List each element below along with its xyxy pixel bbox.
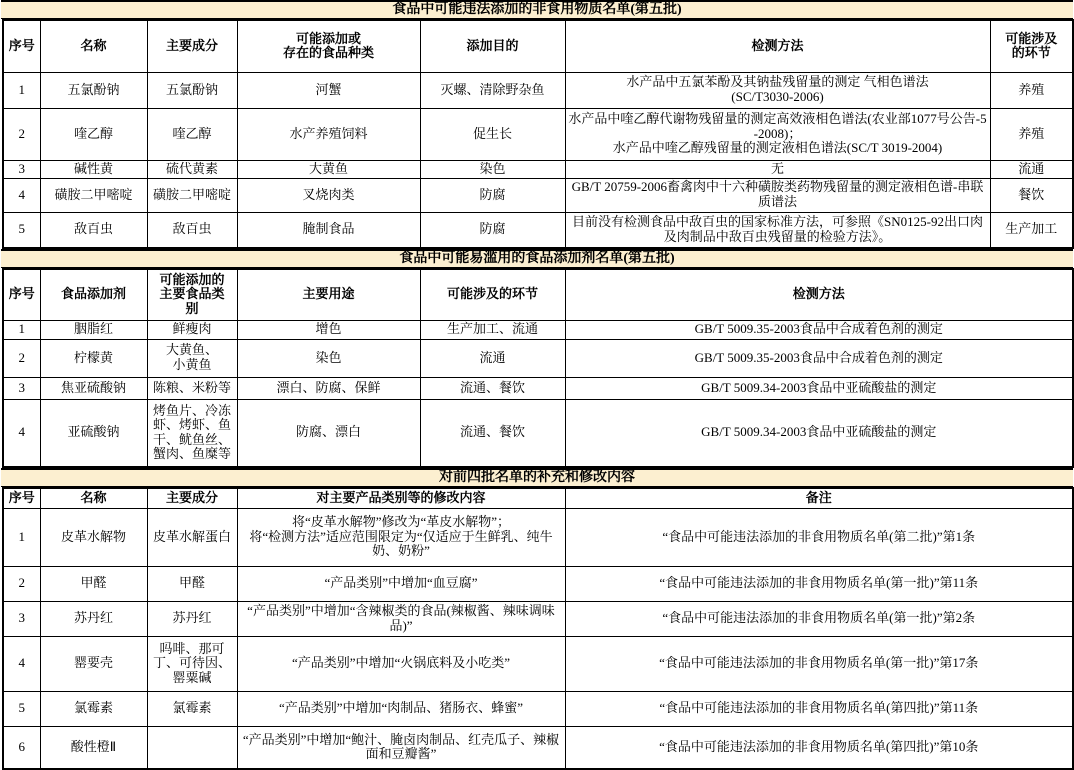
table-cell: “食品中可能违法添加的非食用物质名单(第四批)”第10条: [565, 726, 1073, 769]
table-cell: GB/T 5009.34-2003食品中亚硫酸盐的测定: [565, 399, 1073, 467]
table-cell: 陈粮、米粉等: [147, 377, 237, 399]
table-cell: 6: [3, 726, 40, 769]
table-cell: 3: [3, 601, 40, 636]
table-cell: 流通、餐饮: [420, 399, 565, 467]
column-header: 对主要产品类别等的修改内容: [237, 488, 565, 508]
table-cell: 胭脂红: [40, 320, 147, 339]
table-cell: 柠檬黄: [40, 339, 147, 377]
header-row: 序号名称主要成分对主要产品类别等的修改内容备注: [3, 488, 1073, 508]
column-header: 检测方法: [565, 20, 990, 72]
table-cell: 鲜瘦肉: [147, 320, 237, 339]
table-cell: 水产养殖饲料: [237, 108, 420, 160]
table-cell: “食品中可能违法添加的非食用物质名单(第二批)”第1条: [565, 508, 1073, 566]
table-row: 2柠檬黄大黄鱼、 小黄鱼染色流通GB/T 5009.35-2003食品中合成着色…: [3, 339, 1073, 377]
table-cell: 灭螺、清除野杂鱼: [420, 72, 565, 108]
table-cell: 2: [3, 108, 40, 160]
header-row: 序号名称主要成分可能添加或 存在的食品种类添加目的检测方法可能涉及 的环节: [3, 20, 1073, 72]
table-cell: 1: [3, 508, 40, 566]
column-header: 序号: [3, 488, 40, 508]
table-row: 3苏丹红苏丹红“产品类别”中增加“含辣椒类的食品(辣椒酱、辣味调味品)”“食品中…: [3, 601, 1073, 636]
table-cell: 生产加工、流通: [420, 320, 565, 339]
table-cell: GB/T 5009.35-2003食品中合成着色剂的测定: [565, 320, 1073, 339]
column-header: 可能添加的 主要食品类 别: [147, 269, 237, 320]
column-header: 可能涉及的环节: [420, 269, 565, 320]
table-cell: GB/T 5009.35-2003食品中合成着色剂的测定: [565, 339, 1073, 377]
table-cell: 甲醛: [147, 566, 237, 601]
table-cell: 染色: [420, 160, 565, 178]
table-cell: 大黄鱼、 小黄鱼: [147, 339, 237, 377]
table-row: 5氯霉素氯霉素“产品类别”中增加“肉制品、猪肠衣、蜂蜜”“食品中可能违法添加的非…: [3, 691, 1073, 726]
table-cell: [147, 726, 237, 769]
table-cell: 吗啡、那可丁、可待因、罂粟碱: [147, 636, 237, 691]
table-cell: 生产加工: [990, 212, 1073, 248]
table-cell: 亚硫酸钠: [40, 399, 147, 467]
table-cell: 4: [3, 399, 40, 467]
table-row: 5敌百虫敌百虫腌制食品防腐目前没有检测食品中敌百虫的国家标准方法，可参照《SN0…: [3, 212, 1073, 248]
table-cell: 喹乙醇: [147, 108, 237, 160]
column-header: 主要用途: [237, 269, 420, 320]
column-header: 主要成分: [147, 20, 237, 72]
table-cell: 磺胺二甲嘧啶: [147, 178, 237, 212]
table-cell: 流通、餐饮: [420, 377, 565, 399]
table-row: 3碱性黄硫代黄素大黄鱼染色无流通: [3, 160, 1073, 178]
table-cell: 大黄鱼: [237, 160, 420, 178]
column-header: 添加目的: [420, 20, 565, 72]
table-cell: 流通: [420, 339, 565, 377]
table-cell: 河蟹: [237, 72, 420, 108]
table-cell: 无: [565, 160, 990, 178]
table-cell: 3: [3, 160, 40, 178]
table-cell: 甲醛: [40, 566, 147, 601]
table-cell: “食品中可能违法添加的非食用物质名单(第一批)”第2条: [565, 601, 1073, 636]
table-cell: “产品类别”中增加“鲍汁、腌卤肉制品、红壳瓜子、辣椒面和豆瓣酱”: [237, 726, 565, 769]
table-cell: 敌百虫: [40, 212, 147, 248]
table-cell: 养殖: [990, 108, 1073, 160]
table-cell: 罂要壳: [40, 636, 147, 691]
table-cell: 氯霉素: [40, 691, 147, 726]
table-row: 4罂要壳吗啡、那可丁、可待因、罂粟碱“产品类别”中增加“火锅底料及小吃类”“食品…: [3, 636, 1073, 691]
table-cell: 苏丹红: [40, 601, 147, 636]
table-row: 1皮革水解物皮革水解蛋白将“皮革水解物”修改为“革皮水解物”； 将“检测方法”适…: [3, 508, 1073, 566]
table-cell: 敌百虫: [147, 212, 237, 248]
table-cell: 5: [3, 691, 40, 726]
table-cell: 苏丹红: [147, 601, 237, 636]
table-cell: 叉烧肉类: [237, 178, 420, 212]
abused-additives-table: 序号食品添加剂可能添加的 主要食品类 别主要用途可能涉及的环节检测方法1胭脂红鲜…: [2, 268, 1074, 468]
column-header: 检测方法: [565, 269, 1073, 320]
table-cell: 目前没有检测食品中敌百虫的国家标准方法，可参照《SN0125-92出口肉及肉制品…: [565, 212, 990, 248]
table-cell: 4: [3, 636, 40, 691]
column-header: 食品添加剂: [40, 269, 147, 320]
table-cell: 漂白、防腐、保鲜: [237, 377, 420, 399]
table-cell: “产品类别”中增加“火锅底料及小吃类”: [237, 636, 565, 691]
table-cell: “食品中可能违法添加的非食用物质名单(第一批)”第17条: [565, 636, 1073, 691]
table-cell: 1: [3, 72, 40, 108]
header-row: 序号食品添加剂可能添加的 主要食品类 别主要用途可能涉及的环节检测方法: [3, 269, 1073, 320]
table-cell: 焦亚硫酸钠: [40, 377, 147, 399]
table-cell: 水产品中五氯苯酚及其钠盐残留量的测定 气相色谱法 (SC/T3030-2006): [565, 72, 990, 108]
table-cell: 防腐: [420, 212, 565, 248]
table-cell: 促生长: [420, 108, 565, 160]
table-cell: 水产品中喹乙醇代谢物残留量的测定高效液相色谱法(农业部1077号公告-5-200…: [565, 108, 990, 160]
table-row: 4亚硫酸钠烤鱼片、冷冻虾、烤虾、鱼干、鱿鱼丝、蟹肉、鱼糜等防腐、漂白流通、餐饮G…: [3, 399, 1073, 467]
table-cell: GB/T 20759-2006畜禽肉中十六种磺胺类药物残留量的测定液相色谱-串联…: [565, 178, 990, 212]
column-header: 序号: [3, 269, 40, 320]
table-cell: 五氯酚钠: [40, 72, 147, 108]
table-cell: 1: [3, 320, 40, 339]
table-cell: 4: [3, 178, 40, 212]
table-cell: 流通: [990, 160, 1073, 178]
table-cell: 将“皮革水解物”修改为“革皮水解物”； 将“检测方法”适应范围限定为“仅适应于生…: [237, 508, 565, 566]
table-cell: 防腐、漂白: [237, 399, 420, 467]
table-cell: GB/T 5009.34-2003食品中亚硫酸盐的测定: [565, 377, 1073, 399]
table-cell: “产品类别”中增加“含辣椒类的食品(辣椒酱、辣味调味品)”: [237, 601, 565, 636]
table-row: 1胭脂红鲜瘦肉增色生产加工、流通GB/T 5009.35-2003食品中合成着色…: [3, 320, 1073, 339]
table-cell: 5: [3, 212, 40, 248]
table-cell: 碱性黄: [40, 160, 147, 178]
table-cell: “食品中可能违法添加的非食用物质名单(第四批)”第11条: [565, 691, 1073, 726]
table-cell: 烤鱼片、冷冻虾、烤虾、鱼干、鱿鱼丝、蟹肉、鱼糜等: [147, 399, 237, 467]
illegal-additives-table: 序号名称主要成分可能添加或 存在的食品种类添加目的检测方法可能涉及 的环节1五氯…: [2, 19, 1074, 249]
table-cell: 防腐: [420, 178, 565, 212]
table-row: 4磺胺二甲嘧啶磺胺二甲嘧啶叉烧肉类防腐GB/T 20759-2006畜禽肉中十六…: [3, 178, 1073, 212]
table-section-amendments: 对前四批名单的补充和修改内容 序号名称主要成分对主要产品类别等的修改内容备注1皮…: [2, 468, 1072, 770]
table-cell: 2: [3, 566, 40, 601]
table-cell: 3: [3, 377, 40, 399]
column-header: 名称: [40, 488, 147, 508]
table-row: 2喹乙醇喹乙醇水产养殖饲料促生长水产品中喹乙醇代谢物残留量的测定高效液相色谱法(…: [3, 108, 1073, 160]
table-title: 食品中可能易滥用的食品添加剂名单(第五批): [1, 249, 1073, 268]
table-cell: 磺胺二甲嘧啶: [40, 178, 147, 212]
table-cell: 2: [3, 339, 40, 377]
amendments-table: 序号名称主要成分对主要产品类别等的修改内容备注1皮革水解物皮革水解蛋白将“皮革水…: [2, 487, 1074, 770]
table-cell: 增色: [237, 320, 420, 339]
column-header: 主要成分: [147, 488, 237, 508]
column-header: 备注: [565, 488, 1073, 508]
table-title: 食品中可能违法添加的非食用物质名单(第五批): [1, 0, 1073, 19]
table-cell: 皮革水解物: [40, 508, 147, 566]
column-header: 名称: [40, 20, 147, 72]
table-section-illegal-additives: 食品中可能违法添加的非食用物质名单(第五批) 序号名称主要成分可能添加或 存在的…: [2, 0, 1072, 249]
table-row: 1五氯酚钠五氯酚钠河蟹灭螺、清除野杂鱼水产品中五氯苯酚及其钠盐残留量的测定 气相…: [3, 72, 1073, 108]
table-row: 6酸性橙Ⅱ“产品类别”中增加“鲍汁、腌卤肉制品、红壳瓜子、辣椒面和豆瓣酱”“食品…: [3, 726, 1073, 769]
table-cell: 餐饮: [990, 178, 1073, 212]
table-cell: “产品类别”中增加“血豆腐”: [237, 566, 565, 601]
column-header: 可能添加或 存在的食品种类: [237, 20, 420, 72]
table-cell: 腌制食品: [237, 212, 420, 248]
table-section-abused-additives: 食品中可能易滥用的食品添加剂名单(第五批) 序号食品添加剂可能添加的 主要食品类…: [2, 249, 1072, 468]
document-page: 食品中可能违法添加的非食用物质名单(第五批) 序号名称主要成分可能添加或 存在的…: [2, 0, 1072, 770]
table-cell: 皮革水解蛋白: [147, 508, 237, 566]
table-row: 2甲醛甲醛“产品类别”中增加“血豆腐”“食品中可能违法添加的非食用物质名单(第一…: [3, 566, 1073, 601]
column-header: 序号: [3, 20, 40, 72]
table-cell: 喹乙醇: [40, 108, 147, 160]
table-cell: 酸性橙Ⅱ: [40, 726, 147, 769]
table-cell: 硫代黄素: [147, 160, 237, 178]
column-header: 可能涉及 的环节: [990, 20, 1073, 72]
table-cell: 染色: [237, 339, 420, 377]
table-cell: “产品类别”中增加“肉制品、猪肠衣、蜂蜜”: [237, 691, 565, 726]
table-cell: 氯霉素: [147, 691, 237, 726]
table-row: 3焦亚硫酸钠陈粮、米粉等漂白、防腐、保鲜流通、餐饮GB/T 5009.34-20…: [3, 377, 1073, 399]
table-cell: 五氯酚钠: [147, 72, 237, 108]
table-title: 对前四批名单的补充和修改内容: [1, 468, 1073, 487]
table-cell: 养殖: [990, 72, 1073, 108]
table-cell: “食品中可能违法添加的非食用物质名单(第一批)”第11条: [565, 566, 1073, 601]
